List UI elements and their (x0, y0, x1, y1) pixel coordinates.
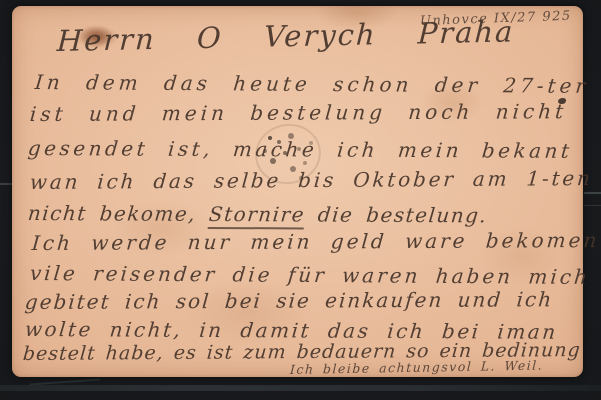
body-line-7: vile reisender die für waren haben mich (29, 261, 591, 289)
body-line-2: ist und mein bestelung noch nicht (29, 99, 568, 126)
scratch (584, 192, 601, 194)
postcard: Unhovce IX/27 925 Herrn O Verych Praha I… (12, 6, 583, 377)
bottom-scratch-band (0, 385, 601, 391)
body-line-3: gesendet ist, mache ich mein bekant (27, 136, 574, 163)
body-line-5: nicht bekome, Stornire die bestelung. (27, 201, 489, 227)
underlined-word: Stornire (208, 202, 307, 229)
body-line-5-post: die bestelung. (304, 202, 489, 227)
closing-signature: Ich bleibe achtungsvol L. Weil. (290, 358, 544, 377)
scratch (584, 205, 601, 206)
body-line-5-pre: nicht bekome, (27, 201, 210, 226)
body-line-6: Ich werde nur mein geld ware bekomen (31, 228, 600, 255)
scratch (0, 183, 12, 185)
salutation: Herrn O Verych Praha (56, 14, 515, 58)
body-line-8: gebitet ich sol bei sie einkaufen und ic… (24, 287, 554, 314)
photo-background: Unhovce IX/27 925 Herrn O Verych Praha I… (0, 0, 601, 400)
body-line-1: In dem das heute schon der 27-ter (34, 70, 590, 98)
body-line-4: wan ich das selbe bis Oktober am 1-ten (29, 166, 594, 194)
